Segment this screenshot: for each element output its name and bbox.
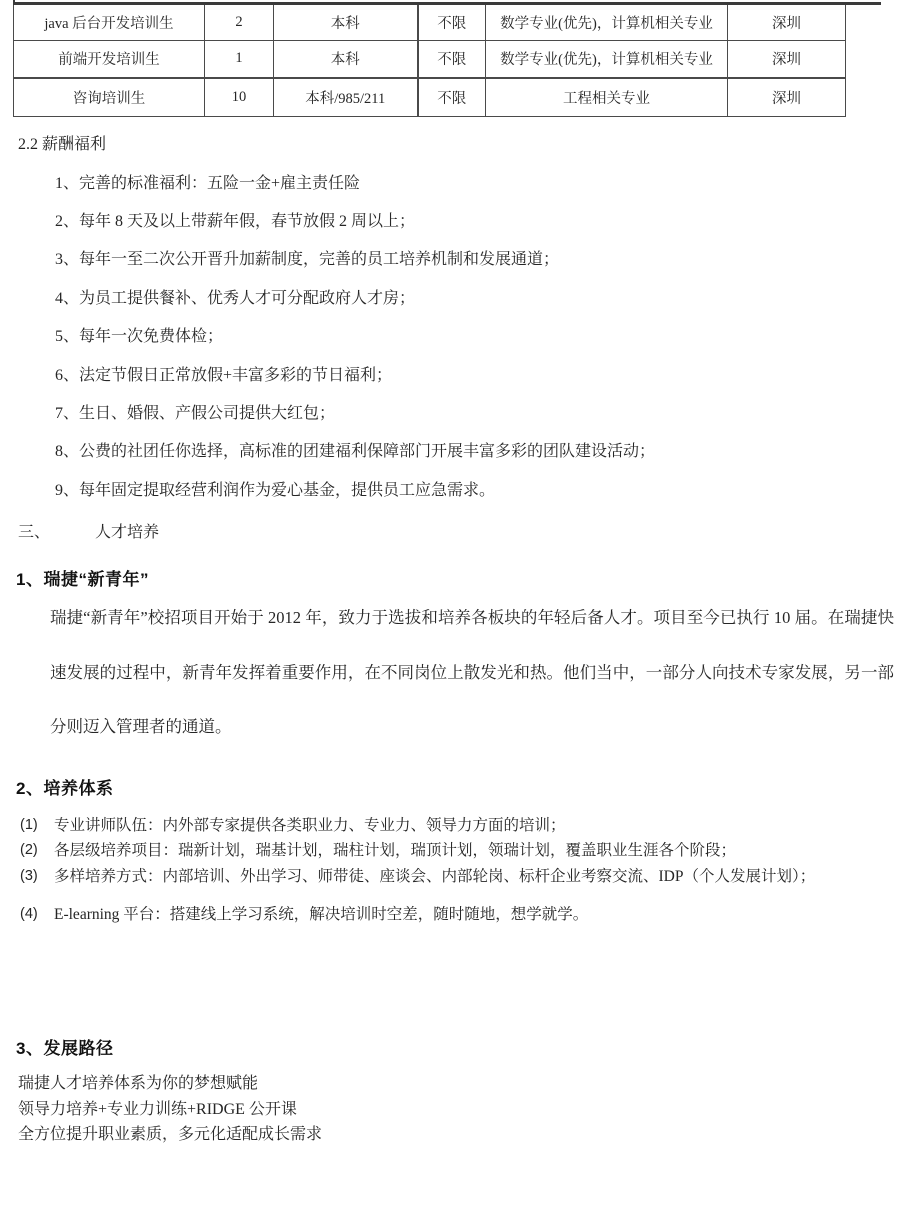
cell-count: 2 <box>205 5 274 40</box>
training-item-number: (2) <box>20 838 54 863</box>
cell-city: 深圳 <box>728 78 846 116</box>
dev-line: 全方位提升职业素质，多元化适配成长需求 <box>18 1122 322 1148</box>
training-item-text: 专业讲师队伍：内外部专家提供各类职业力、专业力、领导力方面的培训； <box>54 813 894 838</box>
salary-benefits-heading: 2.2 薪酬福利 <box>18 131 106 154</box>
training-item-number: (4) <box>20 902 54 927</box>
subheading-new-youth: 1、瑞捷“新青年” <box>16 565 149 590</box>
positions-table: java 后台开发培训生 2 本科 不限 数学专业(优先)，计算机相关专业 深圳… <box>13 5 846 117</box>
benefit-item: 3、每年一至二次公开晋升加薪制度，完善的员工培养机制和发展通道； <box>55 239 655 277</box>
training-item: (2) 各层级培养项目：瑞新计划，瑞基计划，瑞柱计划，瑞顶计划，领瑞计划，覆盖职… <box>20 838 894 863</box>
cell-count: 1 <box>205 40 274 78</box>
training-item-text: 各层级培养项目：瑞新计划，瑞基计划，瑞柱计划，瑞顶计划，领瑞计划，覆盖职业生涯各… <box>54 838 894 863</box>
cell-education: 本科/985/211 <box>274 78 418 116</box>
table-row: 咨询培训生 10 本科/985/211 不限 工程相关专业 深圳 <box>14 78 846 116</box>
talent-section-heading: 三、 人才培养 <box>18 519 418 541</box>
section-title: 人才培养 <box>95 519 159 542</box>
cell-major: 数学专业(优先)，计算机相关专业 <box>486 5 728 40</box>
cell-city: 深圳 <box>728 5 846 40</box>
dev-line: 瑞捷人才培养体系为你的梦想赋能 <box>18 1071 322 1097</box>
benefits-list: 1、完善的标准福利：五险一金+雇主责任险 2、每年 8 天及以上带薪年假，春节放… <box>55 162 655 508</box>
training-item: (4) E-learning 平台：搭建线上学习系统，解决培训时空差，随时随地，… <box>20 902 894 927</box>
cell-position: 前端开发培训生 <box>14 40 205 78</box>
benefit-item: 5、每年一次免费体检； <box>55 316 655 354</box>
benefit-item: 8、公费的社团任你选择，高标准的团建福利保障部门开展丰富多彩的团队建设活动； <box>55 431 655 469</box>
cell-major: 工程相关专业 <box>486 78 728 116</box>
cell-gender: 不限 <box>418 5 486 40</box>
benefit-item: 4、为员工提供餐补、优秀人才可分配政府人才房； <box>55 277 655 315</box>
subheading-development-path: 3、发展路径 <box>16 1034 113 1059</box>
training-item: (1) 专业讲师队伍：内外部专家提供各类职业力、专业力、领导力方面的培训； <box>20 813 894 838</box>
subheading-training-system: 2、培养体系 <box>16 774 113 799</box>
table-row: java 后台开发培训生 2 本科 不限 数学专业(优先)，计算机相关专业 深圳 <box>14 5 846 40</box>
training-list: (1) 专业讲师队伍：内外部专家提供各类职业力、专业力、领导力方面的培训； (2… <box>20 813 894 928</box>
training-item-text: E-learning 平台：搭建线上学习系统，解决培训时空差，随时随地，想学就学… <box>54 902 894 927</box>
training-item-number: (3) <box>20 864 54 889</box>
cell-gender: 不限 <box>418 78 486 116</box>
benefit-item: 6、法定节假日正常放假+丰富多彩的节日福利； <box>55 354 655 392</box>
table-row: 前端开发培训生 1 本科 不限 数学专业(优先)，计算机相关专业 深圳 <box>14 40 846 78</box>
cell-major: 数学专业(优先)，计算机相关专业 <box>486 40 728 78</box>
cell-city: 深圳 <box>728 40 846 78</box>
cell-education: 本科 <box>274 5 418 40</box>
training-item: (3) 多样培养方式：内部培训、外出学习、师带徒、座谈会、内部轮岗、标杆企业考察… <box>20 864 894 889</box>
section-number: 三、 <box>18 524 50 541</box>
dev-line: 领导力培养+专业力训练+RIDGE 公开课 <box>18 1097 322 1123</box>
new-youth-paragraph: 瑞捷“新青年”校招项目开始于 2012 年，致力于选拔和培养各板块的年轻后备人才… <box>50 591 894 755</box>
development-path-lines: 瑞捷人才培养体系为你的梦想赋能 领导力培养+专业力训练+RIDGE 公开课 全方… <box>18 1071 322 1148</box>
benefit-item: 2、每年 8 天及以上带薪年假，春节放假 2 周以上； <box>55 200 655 238</box>
benefit-item: 9、每年固定提取经营利润作为爱心基金，提供员工应急需求。 <box>55 469 655 507</box>
training-item-text: 多样培养方式：内部培训、外出学习、师带徒、座谈会、内部轮岗、标杆企业考察交流、I… <box>54 864 894 889</box>
document-page: java 后台开发培训生 2 本科 不限 数学专业(优先)，计算机相关专业 深圳… <box>0 0 911 1212</box>
cell-position: java 后台开发培训生 <box>14 5 205 40</box>
training-item-number: (1) <box>20 813 54 838</box>
benefit-item: 1、完善的标准福利：五险一金+雇主责任险 <box>55 162 655 200</box>
benefit-item: 7、生日、婚假、产假公司提供大红包； <box>55 392 655 430</box>
cell-education: 本科 <box>274 40 418 78</box>
cell-count: 10 <box>205 78 274 116</box>
cell-gender: 不限 <box>418 40 486 78</box>
cell-position: 咨询培训生 <box>14 78 205 116</box>
